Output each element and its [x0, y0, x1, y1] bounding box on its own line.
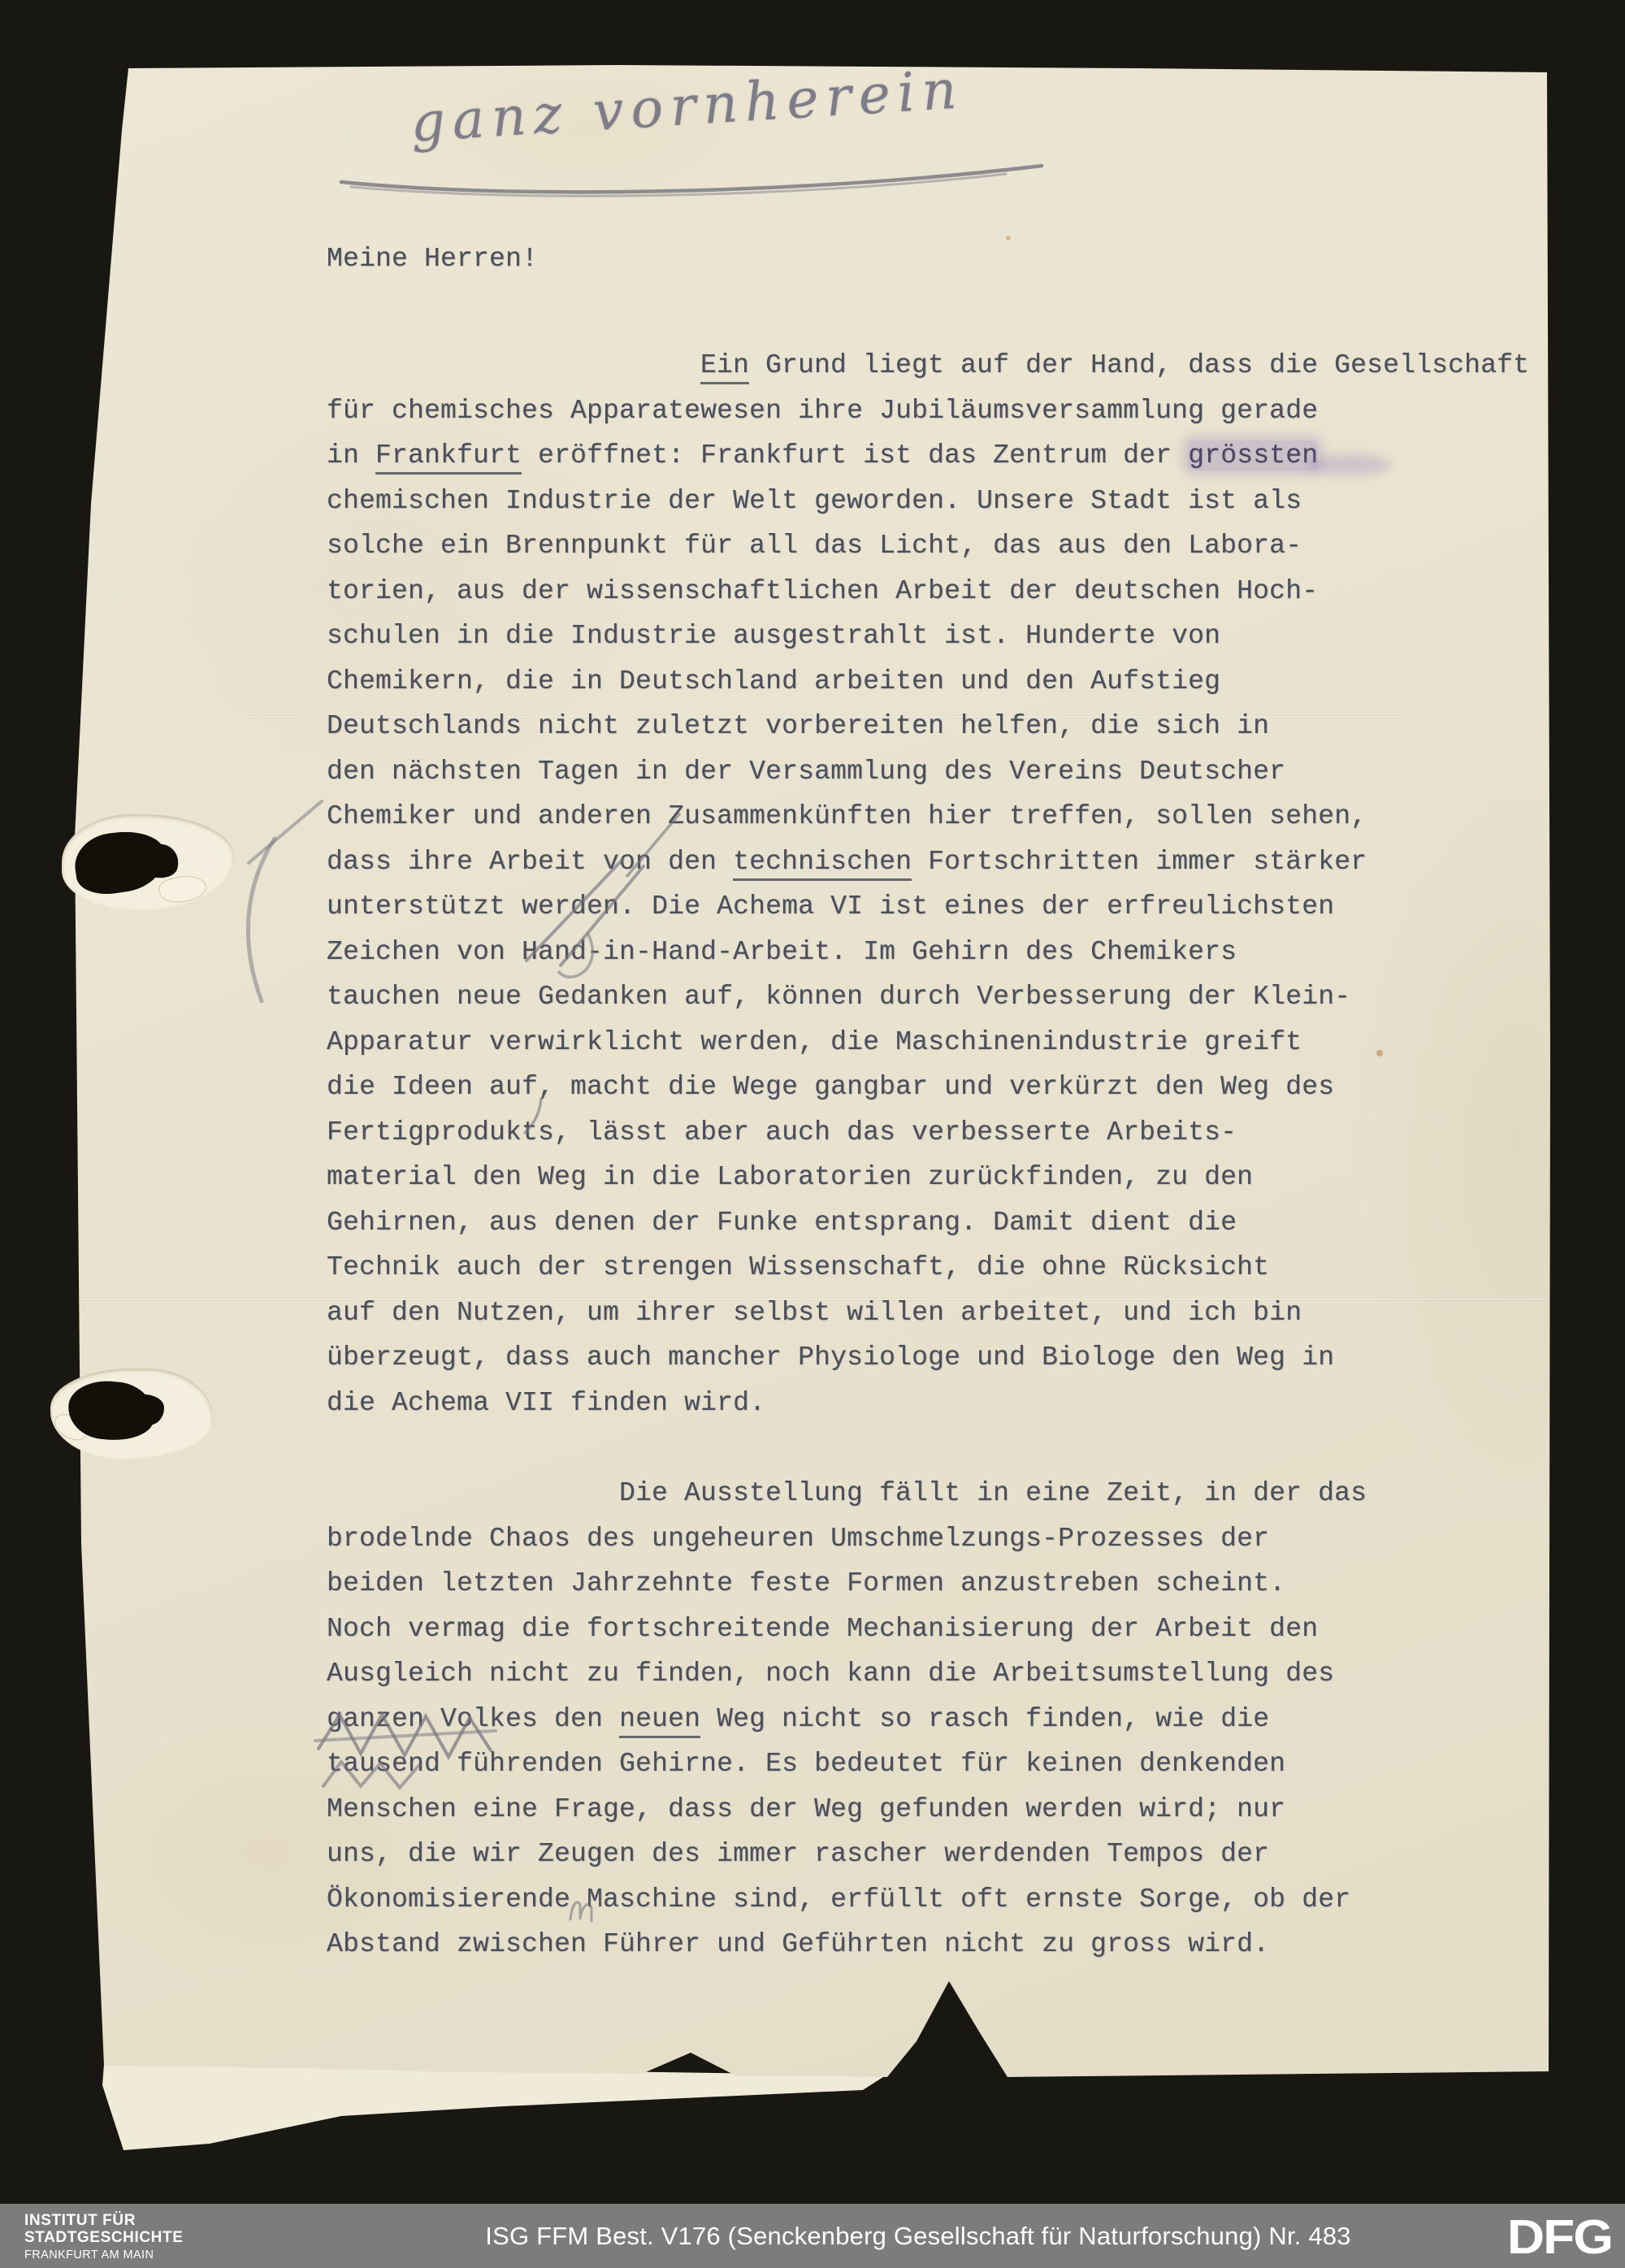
typed-line: den nächsten Tagen in der Versammlung de… [327, 749, 1529, 795]
typed-line: uns, die wir Zeugen des immer rascher we… [327, 1832, 1367, 1877]
typed-text: in [327, 440, 375, 471]
typed-text: Fertigprodukts, lässt aber auch das verb… [327, 1117, 1237, 1147]
typed-text: Zeichen von Hand-in-Hand-Arbeit. Im Gehi… [327, 937, 1237, 967]
document-scan: ganz vornherein Meine Herren! Ein Grund … [0, 0, 1625, 2268]
typed-text: die Ideen auf, macht die Wege gangbar un… [327, 1072, 1334, 1102]
typed-line: überzeugt, dass auch mancher Physiologe … [327, 1335, 1529, 1381]
typed-word-u: technischen [733, 847, 912, 881]
typed-line: material den Weg in die Laboratorien zur… [327, 1155, 1529, 1200]
typed-line: Ein Grund liegt auf der Hand, dass die G… [327, 343, 1529, 388]
typed-line: Menschen eine Frage, dass der Weg gefund… [327, 1787, 1367, 1832]
paragraph-2: Die Ausstellung fällt in eine Zeit, in d… [327, 1471, 1367, 1967]
typed-line: Zeichen von Hand-in-Hand-Arbeit. Im Gehi… [327, 930, 1529, 975]
typed-text: Weg nicht so rasch finden, wie die [700, 1704, 1269, 1734]
typed-text: beiden letzten Jahrzehnte feste Formen a… [327, 1568, 1285, 1598]
typed-text: Noch vermag die fortschreitende Mechanis… [327, 1614, 1318, 1644]
typed-line: torien, aus der wissenschaftlichen Arbei… [327, 569, 1529, 614]
typed-text: Gehirnen, aus denen der Funke entsprang.… [327, 1208, 1237, 1238]
paragraph-1: Ein Grund liegt auf der Hand, dass die G… [327, 343, 1529, 1425]
typed-text: eröffnet: Frankfurt ist das Zentrum der [522, 440, 1188, 471]
typed-text: solche ein Brennpunkt für all das Licht,… [327, 531, 1302, 561]
typed-text: Chemikern, die in Deutschland arbeiten u… [327, 666, 1220, 696]
typed-text: auf den Nutzen, um ihrer selbst willen a… [327, 1298, 1302, 1328]
typed-text: Deutschlands nicht zuletzt vorbereiten h… [327, 711, 1269, 741]
typed-line: in Frankfurt eröffnet: Frankfurt ist das… [327, 433, 1529, 479]
typed-text: schulen in die Industrie ausgestrahlt is… [327, 621, 1220, 651]
typed-text: tausend führenden Gehirne. Es bedeutet f… [327, 1749, 1285, 1779]
footer-bar: INSTITUT FÜR STADTGESCHICHTE FRANKFURT A… [0, 2204, 1625, 2268]
typed-line: ganzen Volkes den neuen Weg nicht so ras… [327, 1697, 1367, 1742]
rust-speck [1006, 236, 1011, 241]
typed-text: überzeugt, dass auch mancher Physiologe … [327, 1342, 1334, 1373]
typed-text: den nächsten Tagen in der Versammlung de… [327, 757, 1285, 787]
typed-line: Ausgleich nicht zu finden, noch kann die… [327, 1651, 1367, 1697]
typed-line: Ökonomisierende Maschine sind, erfüllt o… [327, 1877, 1367, 1923]
typed-word-u: neuen [619, 1704, 700, 1738]
typed-text: Apparatur verwirklicht werden, die Masch… [327, 1027, 1302, 1057]
typed-line: Technik auch der strengen Wissenschaft, … [327, 1245, 1529, 1290]
typed-line: tausend führenden Gehirne. Es bedeutet f… [327, 1741, 1367, 1787]
typed-line: Gehirnen, aus denen der Funke entsprang.… [327, 1200, 1529, 1246]
typed-text: uns, die wir Zeugen des immer rascher we… [327, 1839, 1269, 1869]
typed-text: Fortschritten immer stärker [912, 847, 1367, 877]
isg-logo-line3: FRANKFURT AM MAIN [24, 2248, 183, 2261]
typed-line: die Achema VII finden wird. [327, 1381, 1529, 1426]
typed-text: material den Weg in die Laboratorien zur… [327, 1162, 1253, 1192]
typed-line: solche ein Brennpunkt für all das Licht,… [327, 523, 1529, 569]
archive-reference: ISG FFM Best. V176 (Senckenberg Gesellsc… [211, 2204, 1625, 2268]
typed-line: Deutschlands nicht zuletzt vorbereiten h… [327, 704, 1529, 749]
typed-line: für chemisches Apparatewesen ihre Jubilä… [327, 388, 1529, 434]
typed-text: ganzen Volkes den [327, 1704, 619, 1734]
typed-line: Noch vermag die fortschreitende Mechanis… [327, 1607, 1367, 1652]
typed-line: auf den Nutzen, um ihrer selbst willen a… [327, 1290, 1529, 1336]
paper-hole [127, 1394, 164, 1425]
isg-logo-line2: STADTGESCHICHTE [24, 2229, 183, 2246]
typed-text: dass ihre Arbeit von den [327, 847, 733, 877]
typed-word-u: Frankfurt [375, 440, 522, 475]
typed-word-hl: grössten [1188, 440, 1318, 471]
typed-text: Technik auch der strengen Wissenschaft, … [327, 1252, 1269, 1282]
typed-word-u: Ein [700, 350, 749, 384]
typed-line: unterstützt werden. Die Achema VI ist ei… [327, 884, 1529, 930]
typed-line: dass ihre Arbeit von den technischen For… [327, 839, 1529, 885]
typed-line: Chemikern, die in Deutschland arbeiten u… [327, 659, 1529, 705]
typed-line: Chemiker und anderen Zusammenkünften hie… [327, 794, 1529, 839]
typed-text: Ökonomisierende Maschine sind, erfüllt o… [327, 1884, 1350, 1915]
typed-line: Abstand zwischen Führer und Geführten ni… [327, 1922, 1367, 1967]
typed-text: für chemisches Apparatewesen ihre Jubilä… [327, 396, 1318, 426]
typed-line: schulen in die Industrie ausgestrahlt is… [327, 614, 1529, 659]
typed-line: Fertigprodukts, lässt aber auch das verb… [327, 1110, 1529, 1156]
typed-text: torien, aus der wissenschaftlichen Arbei… [327, 576, 1318, 606]
typed-line: Apparatur verwirklicht werden, die Masch… [327, 1020, 1529, 1065]
typed-text: tauchen neue Gedanken auf, können durch … [327, 982, 1350, 1012]
typed-text: chemischen Industrie der Welt geworden. … [327, 486, 1302, 516]
typed-text: Die Ausstellung fällt in eine Zeit, in d… [619, 1478, 1367, 1508]
typed-text: unterstützt werden. Die Achema VI ist ei… [327, 891, 1334, 922]
typed-line: beiden letzten Jahrzehnte feste Formen a… [327, 1561, 1367, 1607]
typed-text: brodelnde Chaos des ungeheuren Umschmelz… [327, 1524, 1269, 1554]
typed-line: brodelnde Chaos des ungeheuren Umschmelz… [327, 1516, 1367, 1562]
dfg-logo: DFG [1507, 2209, 1612, 2265]
isg-logo: INSTITUT FÜR STADTGESCHICHTE FRANKFURT A… [24, 2212, 183, 2261]
typed-text: Menschen eine Frage, dass der Weg gefund… [327, 1794, 1285, 1824]
isg-logo-line1: INSTITUT FÜR [24, 2212, 183, 2229]
salutation: Meine Herren! [327, 244, 538, 274]
typed-line: Die Ausstellung fällt in eine Zeit, in d… [327, 1471, 1367, 1516]
typed-line: die Ideen auf, macht die Wege gangbar un… [327, 1065, 1529, 1110]
typed-text: Grund liegt auf der Hand, dass die Gesel… [749, 350, 1529, 380]
typed-text: Abstand zwischen Führer und Geführten ni… [327, 1929, 1269, 1959]
typed-line: tauchen neue Gedanken auf, können durch … [327, 974, 1529, 1020]
typed-line: chemischen Industrie der Welt geworden. … [327, 479, 1529, 524]
typed-text: Ausgleich nicht zu finden, noch kann die… [327, 1659, 1334, 1689]
typed-text: Chemiker und anderen Zusammenkünften hie… [327, 801, 1367, 831]
typed-text: die Achema VII finden wird. [327, 1388, 765, 1418]
